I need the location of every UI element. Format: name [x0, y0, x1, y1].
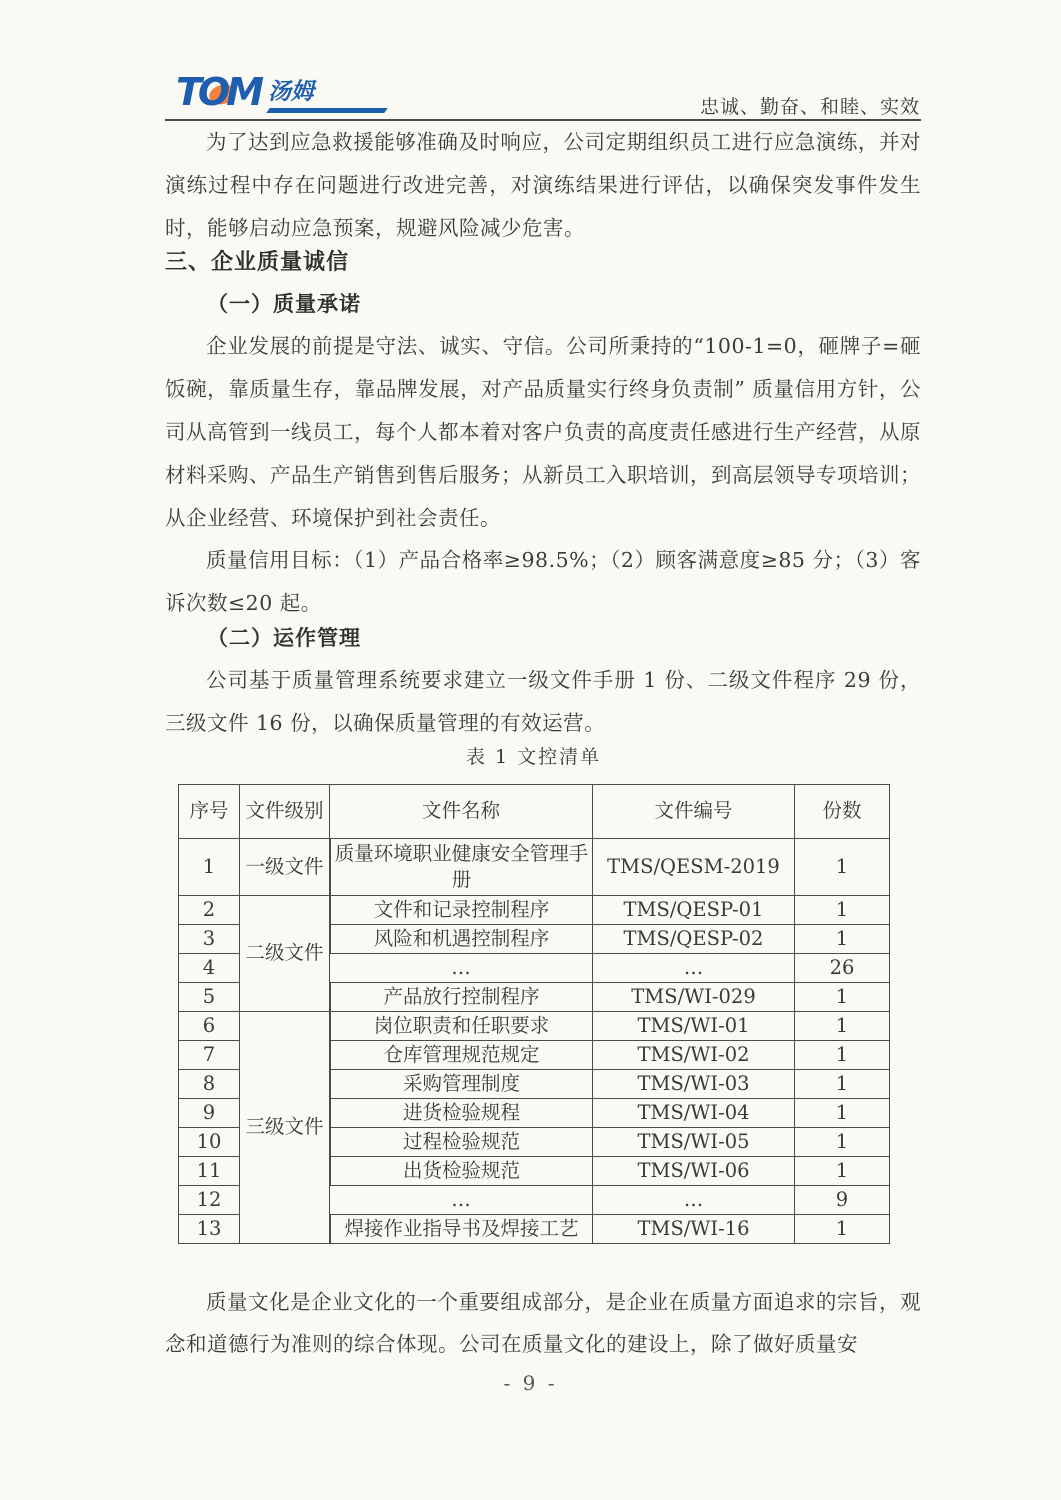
cell-number: 6 [179, 1012, 240, 1041]
col-header-level: 文件级别 [240, 785, 330, 839]
cell-file-code: TMS/WI-03 [593, 1070, 795, 1099]
cell-file-name: … [330, 1186, 593, 1215]
cell-file-name: 质量环境职业健康安全管理手册 [330, 839, 593, 896]
logo-latin-text: TOM [176, 70, 260, 114]
cell-file-name: 焊接作业指导书及焊接工艺 [330, 1215, 593, 1244]
cell-file-name: … [330, 954, 593, 983]
cell-copies: 1 [795, 896, 890, 925]
cell-file-code: TMS/WI-029 [593, 983, 795, 1012]
paragraph-emergency-drill: 为了达到应急救援能够准确及时响应，公司定期组织员工进行应急演练，并对演练过程中存… [165, 121, 921, 249]
cell-file-name: 过程检验规范 [330, 1128, 593, 1157]
cell-number: 3 [179, 925, 240, 954]
cell-level: 二级文件 [240, 896, 330, 1012]
cell-number: 4 [179, 954, 240, 983]
cell-file-code: TMS/WI-16 [593, 1215, 795, 1244]
cell-copies: 26 [795, 954, 890, 983]
subsection-heading-quality-commitment: （一）质量承诺 [165, 283, 921, 325]
cell-file-code: … [593, 954, 795, 983]
cell-file-code: TMS/WI-01 [593, 1012, 795, 1041]
table-row: 6三级文件岗位职责和任职要求TMS/WI-011 [179, 1012, 890, 1041]
cell-file-code: TMS/WI-02 [593, 1041, 795, 1070]
cell-copies: 1 [795, 1215, 890, 1244]
cell-copies: 1 [795, 925, 890, 954]
paragraph-quality-policy: 企业发展的前提是守法、诚实、守信。公司所秉持的“100-1=0，砸牌子=砸饭碗，… [165, 325, 921, 539]
cell-file-code: TMS/QESP-02 [593, 925, 795, 954]
cell-number: 13 [179, 1215, 240, 1244]
col-header-number: 序号 [179, 785, 240, 839]
cell-copies: 1 [795, 1128, 890, 1157]
cell-copies: 9 [795, 1186, 890, 1215]
cell-copies: 1 [795, 1012, 890, 1041]
cell-number: 8 [179, 1070, 240, 1099]
cell-file-name: 进货检验规程 [330, 1099, 593, 1128]
header-slogan: 忠诚、勤奋、和睦、实效 [700, 92, 920, 119]
cell-file-code: TMS/QESM-2019 [593, 839, 795, 896]
cell-number: 12 [179, 1186, 240, 1215]
cell-file-name: 风险和机遇控制程序 [330, 925, 593, 954]
cell-copies: 1 [795, 839, 890, 896]
table-header-row: 序号 文件级别 文件名称 文件编号 份数 [179, 785, 890, 839]
cell-copies: 1 [795, 983, 890, 1012]
paragraph-quality-culture: 质量文化是企业文化的一个重要组成部分，是企业在质量方面追求的宗旨，观念和道德行为… [165, 1281, 921, 1367]
col-header-name: 文件名称 [330, 785, 593, 839]
cell-number: 11 [179, 1157, 240, 1186]
table-caption: 表 1 文控清单 [178, 745, 889, 769]
logo-chinese-text: 汤姆 [268, 79, 314, 105]
cell-copies: 1 [795, 1070, 890, 1099]
cell-number: 1 [179, 839, 240, 896]
cell-file-name: 仓库管理规范规定 [330, 1041, 593, 1070]
table-row: 1一级文件质量环境职业健康安全管理手册TMS/QESM-20191 [179, 839, 890, 896]
table-row: 2二级文件文件和记录控制程序TMS/QESP-011 [179, 896, 890, 925]
table-body: 1一级文件质量环境职业健康安全管理手册TMS/QESM-201912二级文件文件… [179, 839, 890, 1244]
document-control-table: 序号 文件级别 文件名称 文件编号 份数 1一级文件质量环境职业健康安全管理手册… [178, 784, 890, 1244]
cell-level: 一级文件 [240, 839, 330, 896]
cell-copies: 1 [795, 1041, 890, 1070]
paragraph-document-system: 公司基于质量管理系统要求建立一级文件手册 1 份、二级文件程序 29 份，三级文… [165, 659, 921, 745]
paragraph-quality-credit-targets: 质量信用目标：（1）产品合格率≥98.5%；（2）顾客满意度≥85 分；（3）客… [165, 539, 921, 625]
page-content: 为了达到应急救援能够准确及时响应，公司定期组织员工进行应急演练，并对演练过程中存… [165, 121, 921, 1366]
cell-level: 三级文件 [240, 1012, 330, 1244]
cell-copies: 1 [795, 1099, 890, 1128]
cell-file-name: 岗位职责和任职要求 [330, 1012, 593, 1041]
cell-copies: 1 [795, 1157, 890, 1186]
cell-file-code: TMS/WI-05 [593, 1128, 795, 1157]
cell-file-name: 出货检验规范 [330, 1157, 593, 1186]
col-header-code: 文件编号 [593, 785, 795, 839]
cell-file-name: 产品放行控制程序 [330, 983, 593, 1012]
cell-file-code: … [593, 1186, 795, 1215]
cell-file-code: TMS/WI-06 [593, 1157, 795, 1186]
cell-number: 10 [179, 1128, 240, 1157]
cell-file-name: 文件和记录控制程序 [330, 896, 593, 925]
subsection-heading-operation-management: （二）运作管理 [165, 617, 921, 659]
cell-file-name: 采购管理制度 [330, 1070, 593, 1099]
cell-number: 9 [179, 1099, 240, 1128]
cell-number: 2 [179, 896, 240, 925]
table-container: 序号 文件级别 文件名称 文件编号 份数 1一级文件质量环境职业健康安全管理手册… [178, 784, 921, 1244]
cell-number: 5 [179, 983, 240, 1012]
col-header-copies: 份数 [795, 785, 890, 839]
cell-number: 7 [179, 1041, 240, 1070]
page-number: - 9 - [0, 1371, 1061, 1395]
company-logo: TOM汤姆 [176, 72, 406, 118]
cell-file-code: TMS/QESP-01 [593, 896, 795, 925]
document-page: TOM汤姆 忠诚、勤奋、和睦、实效 为了达到应急救援能够准确及时响应，公司定期组… [0, 0, 1061, 1500]
cell-file-code: TMS/WI-04 [593, 1099, 795, 1128]
logo-underline [266, 108, 388, 113]
